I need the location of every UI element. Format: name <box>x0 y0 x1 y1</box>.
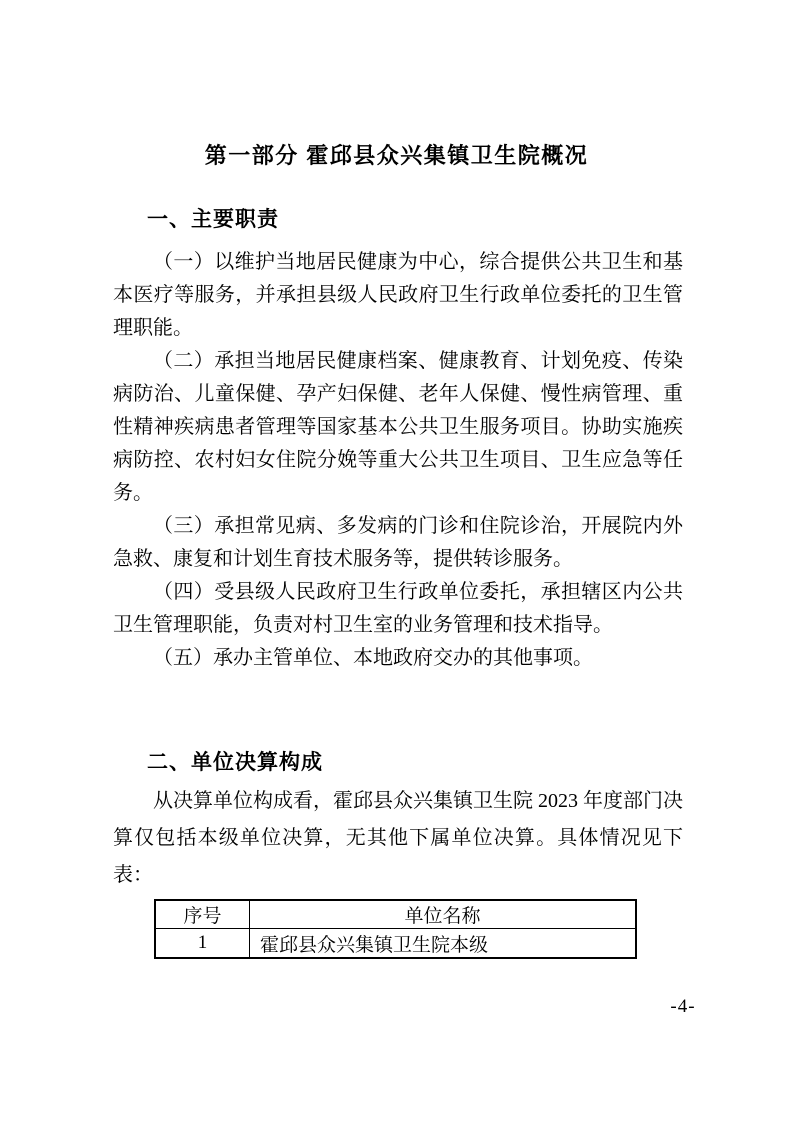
page-number: -4- <box>653 996 713 1018</box>
table-header-unit-name: 单位名称 <box>250 900 637 929</box>
document-title: 第一部分 霍邱县众兴集镇卫生院概况 <box>0 141 793 171</box>
table-header-row: 序号 单位名称 <box>155 900 636 929</box>
section1-paragraph-5: （五）承办主管单位、本地政府交办的其他事项。 <box>113 642 683 675</box>
section1-paragraph-3: （三）承担常见病、多发病的门诊和住院诊治，开展院内外急救、康复和计划生育技术服务… <box>113 510 683 576</box>
section1-paragraph-2: （二）承担当地居民健康档案、健康教育、计划免疫、传染病防治、儿童保健、孕产妇保健… <box>113 345 683 510</box>
section2-heading: 二、单位决算构成 <box>147 749 323 777</box>
document-page: 第一部分 霍邱县众兴集镇卫生院概况 一、主要职责 （一）以维护当地居民健康为中心… <box>0 0 793 1122</box>
table-row: 1 霍邱县众兴集镇卫生院本级 <box>155 929 636 959</box>
section2-body: 从决算单位构成看，霍邱县众兴集镇卫生院 2023 年度部门决算仅包括本级单位决算… <box>113 783 683 894</box>
section2-paragraph: 从决算单位构成看，霍邱县众兴集镇卫生院 2023 年度部门决算仅包括本级单位决算… <box>113 783 683 894</box>
section1-paragraph-4: （四）受县级人民政府卫生行政单位委托，承担辖区内公共卫生管理职能，负责对村卫生室… <box>113 576 683 642</box>
table-header-index: 序号 <box>155 900 250 929</box>
unit-composition-table: 序号 单位名称 1 霍邱县众兴集镇卫生院本级 <box>154 899 637 959</box>
section1-paragraph-1: （一）以维护当地居民健康为中心，综合提供公共卫生和基本医疗等服务，并承担县级人民… <box>113 246 683 345</box>
table-cell-unit-name: 霍邱县众兴集镇卫生院本级 <box>250 929 637 959</box>
section1-body: （一）以维护当地居民健康为中心，综合提供公共卫生和基本医疗等服务，并承担县级人民… <box>113 246 683 675</box>
table-cell-index: 1 <box>155 929 250 959</box>
section1-heading: 一、主要职责 <box>147 206 279 234</box>
